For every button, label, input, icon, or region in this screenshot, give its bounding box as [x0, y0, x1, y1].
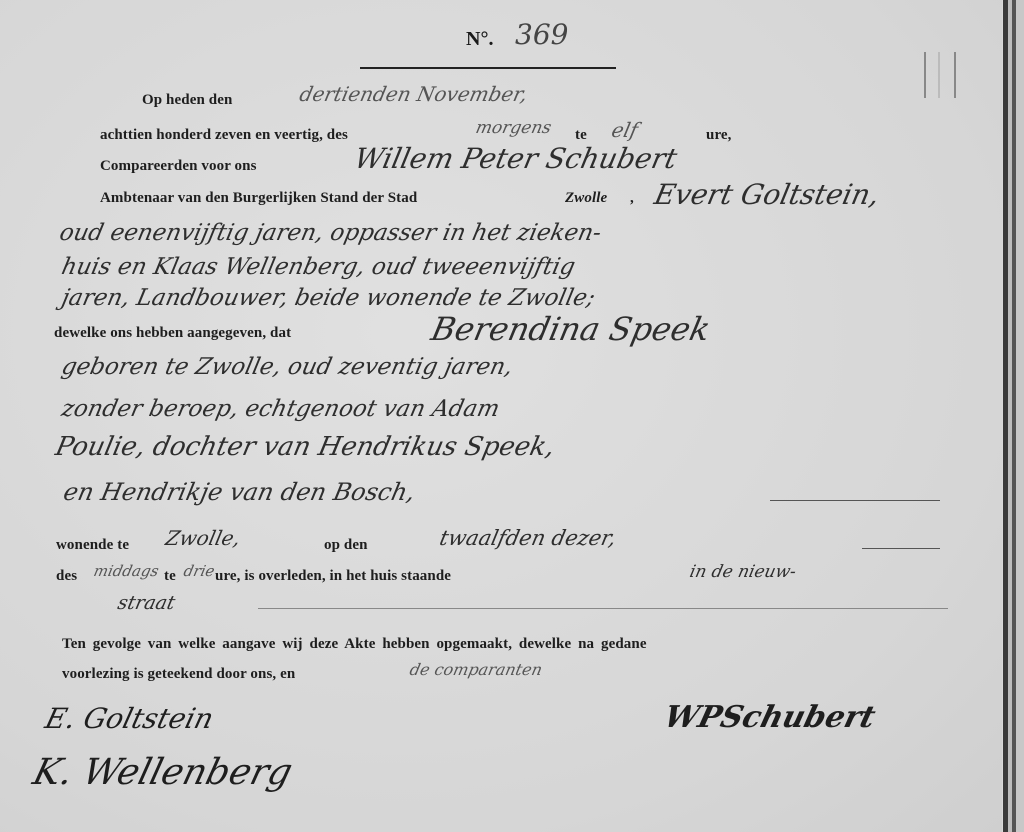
hand-line-c: jaren, Landbouwer, beide wonende te Zwol…	[59, 285, 597, 311]
printed-wonende: wonende te	[56, 537, 129, 554]
document-page: N°. 369 Op heden den dertienden November…	[0, 0, 1002, 832]
printed-des: des	[56, 568, 77, 585]
hand-death-date: twaalfden dezer,	[437, 526, 618, 550]
hand-death-hour: drie	[182, 562, 216, 580]
hand-location-a: in de nieuw-	[688, 562, 798, 582]
printed-te-2: te	[164, 568, 176, 585]
hand-line-a: oud eenenvijftig jaren, oppasser in het …	[57, 220, 603, 246]
hand-date: dertienden November,	[297, 82, 529, 106]
signature-schubert: WPSchubert	[661, 700, 879, 735]
printed-city: Zwolle	[565, 190, 607, 207]
hand-witness1: Evert Goltstein,	[651, 178, 882, 211]
printed-op-den: op den	[324, 537, 368, 554]
hand-line-d: geboren te Zwolle, oud zeventig jaren,	[59, 354, 515, 380]
record-number-label: N°.	[466, 28, 493, 51]
hand-deceased: Berendina Speek	[428, 310, 714, 348]
record-number-value: 369	[515, 18, 568, 51]
hand-location-b: straat	[116, 592, 177, 614]
hand-residence: Zwolle,	[163, 526, 242, 550]
hand-hour: elf	[609, 118, 640, 142]
printed-ten-gevolge: Ten gevolge van welke aangave wij deze A…	[62, 636, 647, 653]
printed-compareerden: Compareerden voor ons	[100, 158, 257, 175]
hand-signers: de comparanten	[408, 660, 544, 679]
signature-wellenberg: K. Wellenberg	[29, 752, 297, 793]
hand-line-f: Poulie, dochter van Hendrikus Speek,	[53, 432, 558, 462]
signature-goltstein: E. Goltstein	[42, 702, 217, 735]
printed-ambtenaar: Ambtenaar van den Burgerlijken Stand der…	[100, 190, 417, 207]
hand-death-time-of-day: middags	[92, 562, 160, 580]
margin-marks	[918, 52, 963, 100]
hand-line-e: zonder beroep, echtgenoot van Adam	[59, 396, 502, 422]
printed-year: achttien honderd zeven en veertig, des	[100, 127, 348, 144]
printed-ure: ure,	[706, 127, 732, 144]
printed-voorlezing: voorlezing is geteekend door ons, en	[62, 666, 295, 683]
title-rule	[360, 67, 616, 69]
printed-overleden: ure, is overleden, in het huis staande	[215, 568, 451, 585]
printed-op-heden: Op heden den	[142, 92, 232, 109]
printed-dewelke: dewelke ons hebben aangegeven, dat	[54, 325, 291, 342]
hand-line-b: huis en Klaas Wellenberg, oud tweeenvijf…	[59, 254, 577, 280]
hand-time-of-day: morgens	[474, 118, 553, 138]
hand-official: Willem Peter Schubert	[351, 142, 680, 175]
hand-line-g: en Hendrikje van den Bosch,	[61, 478, 418, 506]
